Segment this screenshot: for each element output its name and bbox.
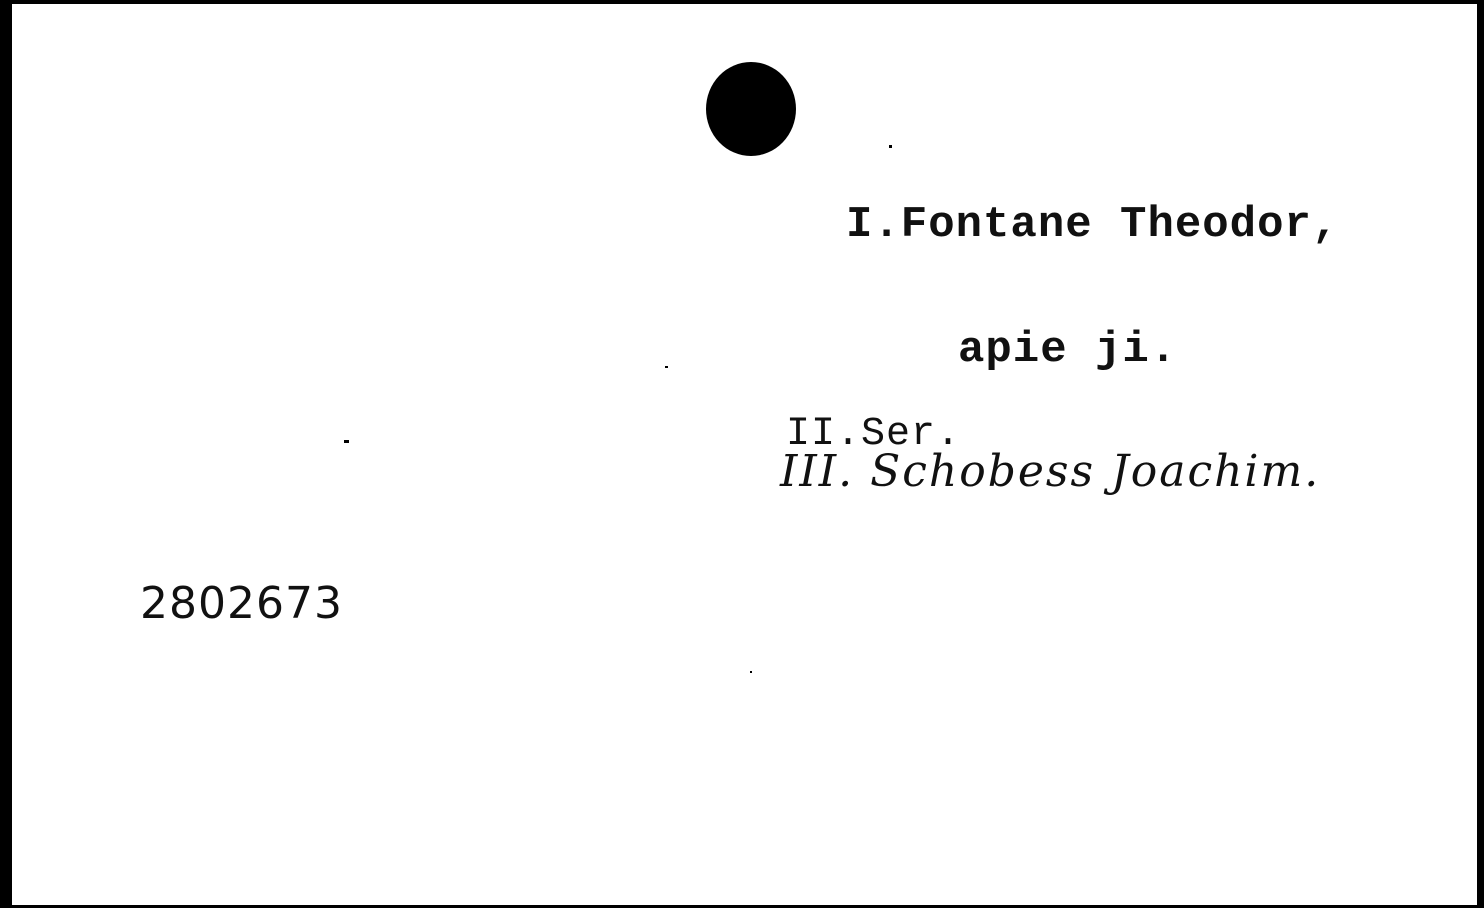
- ink-speck: [665, 366, 668, 368]
- ink-speck: [889, 145, 892, 148]
- punch-hole: [706, 62, 796, 156]
- catalog-card: I.Fontane Theodor, apie ji. II.Ser. III.…: [12, 4, 1477, 905]
- ink-speck: [344, 440, 349, 443]
- call-number: 2802673: [140, 578, 343, 629]
- subject-note: apie ji.: [958, 325, 1177, 375]
- ink-speck: [750, 671, 752, 673]
- author-heading: I.Fontane Theodor,: [846, 200, 1339, 250]
- handwritten-entry: III. Schobess Joachim.: [780, 446, 1320, 497]
